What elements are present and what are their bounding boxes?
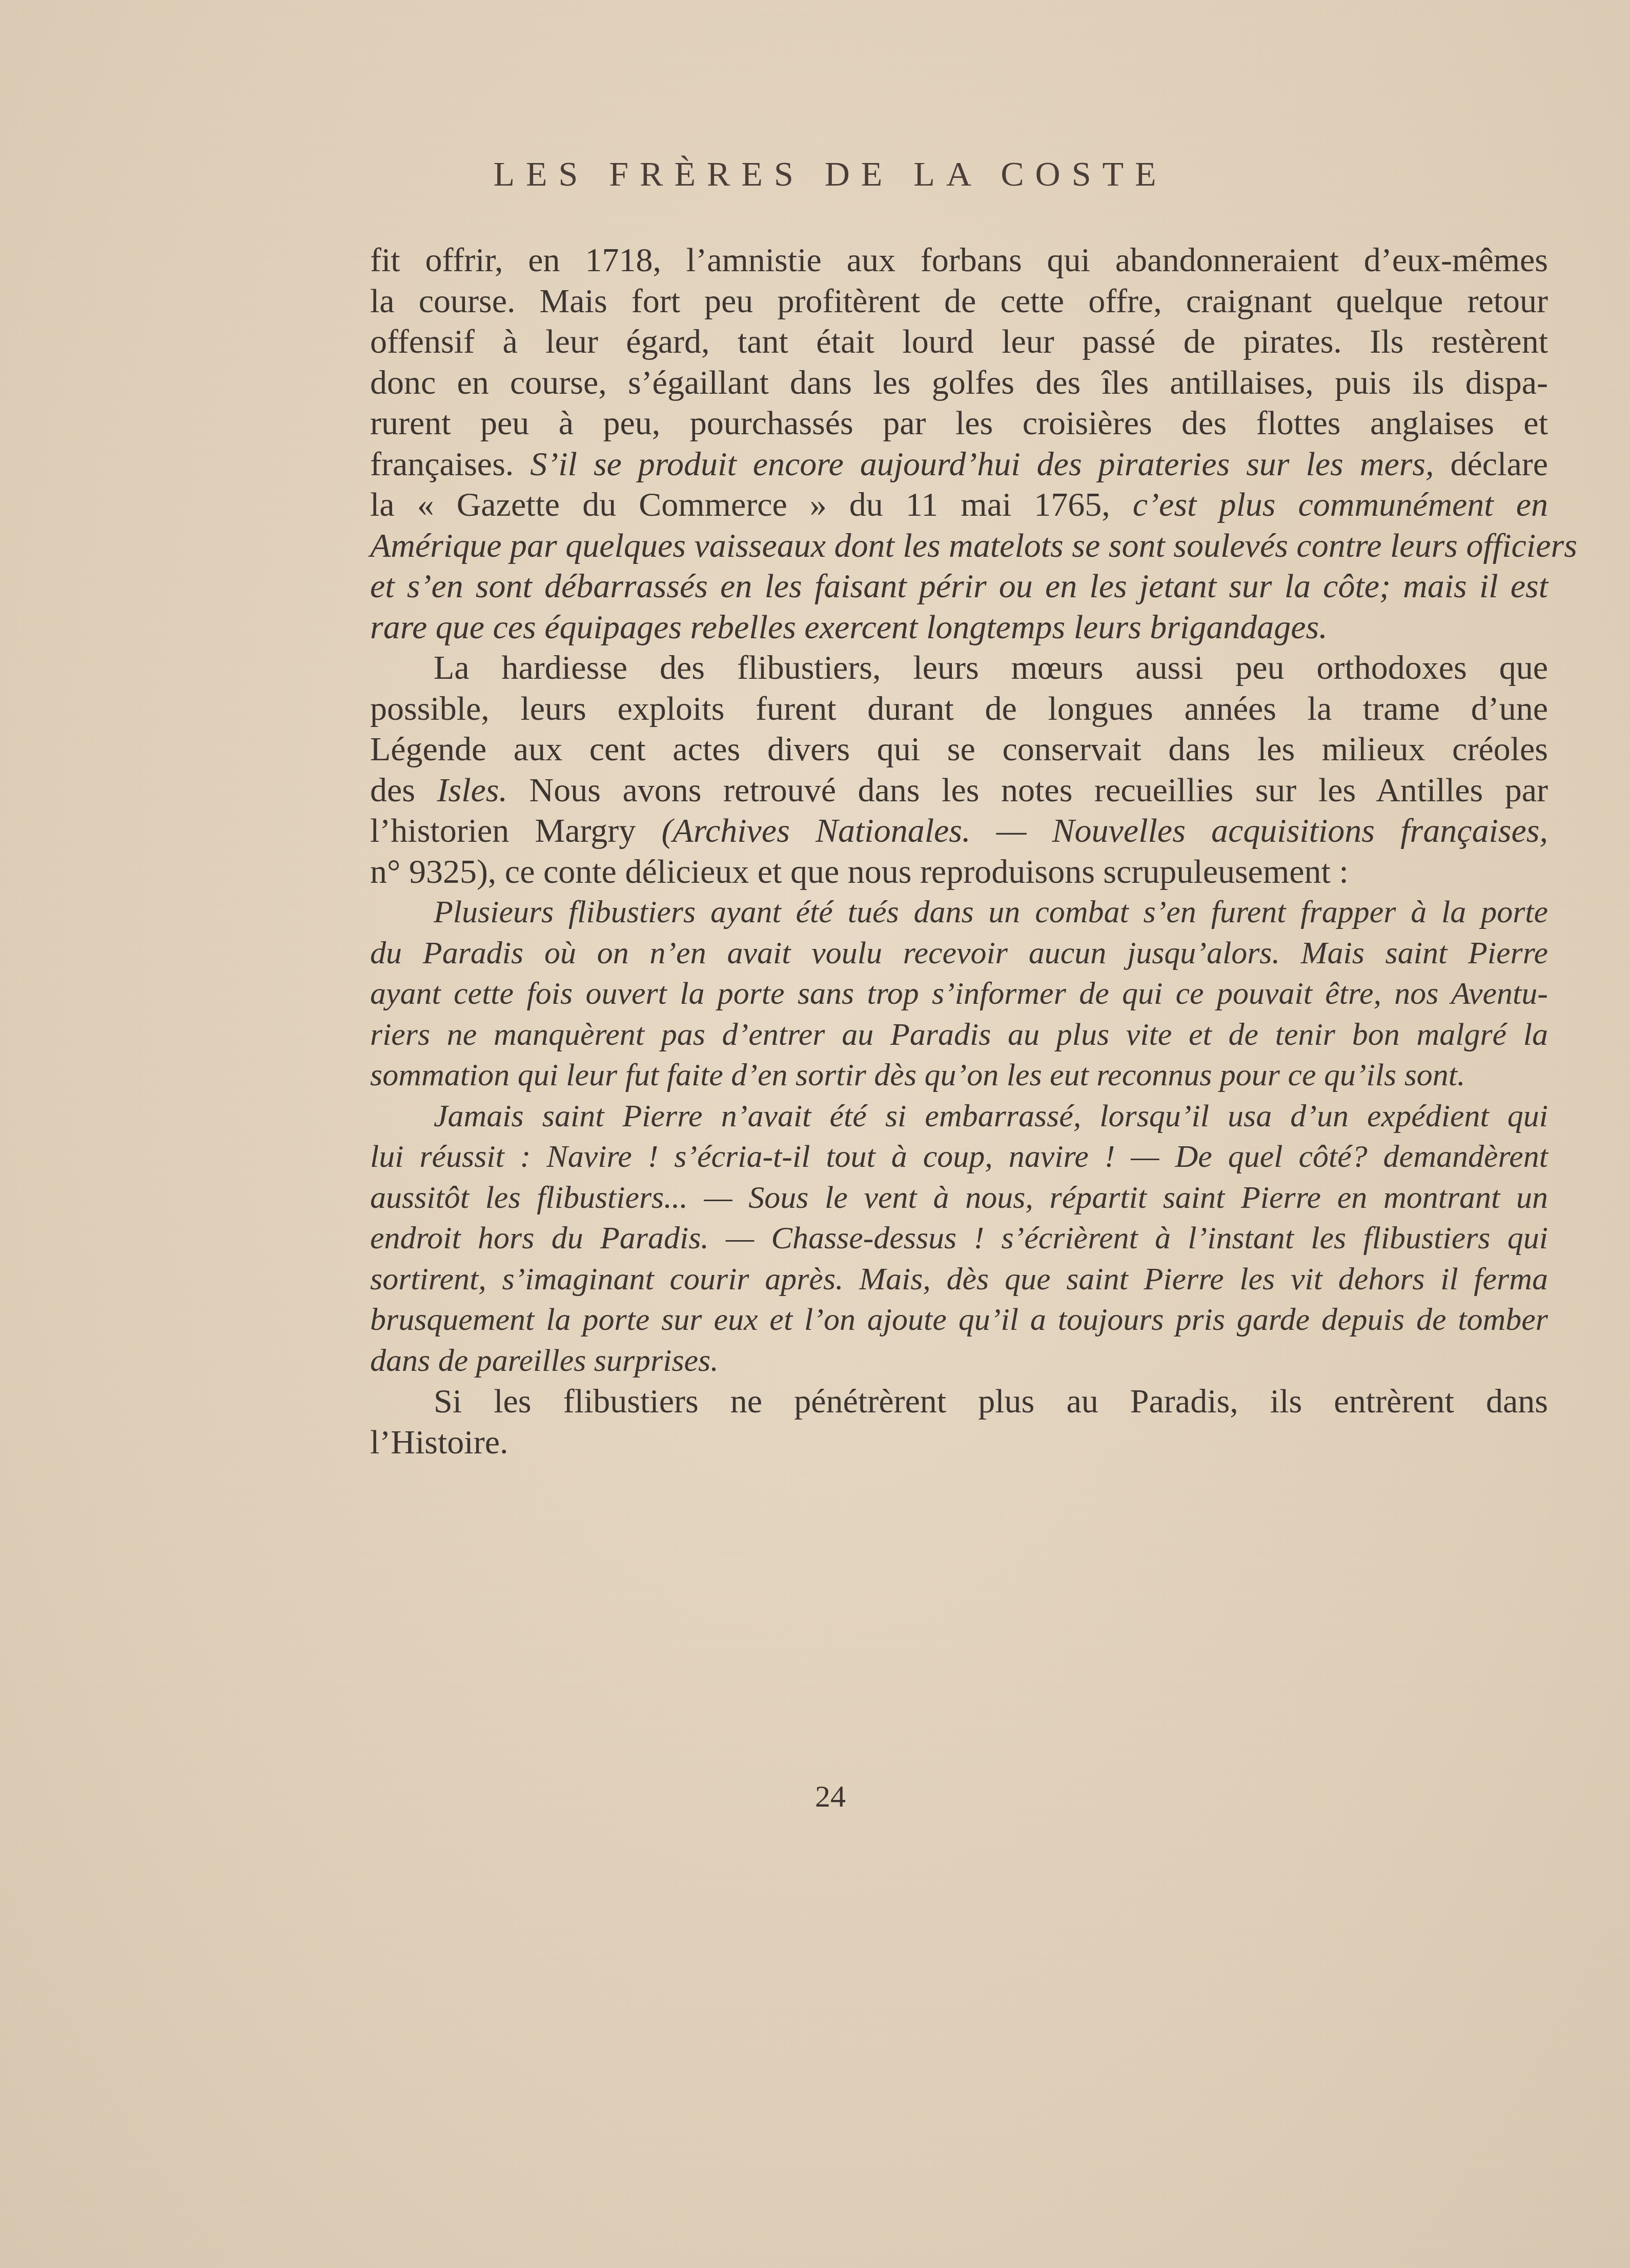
text-line: du Paradis où on n’en avait voulu recevo… [370,933,1548,974]
text-line: Légende aux cent actes divers qui se con… [370,729,1548,770]
text-line: riers ne manquèrent pas d’entrer au Para… [370,1015,1548,1056]
roman-text: Jamais saint Pierre n’avait été si embar… [434,1099,1548,1133]
roman-text: l’historien Margry [370,812,661,849]
quoted-tale-paragraph: Jamais saint Pierre n’avait été si embar… [370,1096,1548,1382]
page-number: 24 [0,1779,1630,1814]
roman-text: dans de pareilles surprises. [370,1343,719,1378]
roman-text: la « Gazette du Commerce » du 11 mai 176… [370,486,1133,523]
roman-text: brusquement la porte sur eux et l’on ajo… [370,1302,1548,1337]
italic-text: S’il se produit encore aujourd’hui des p… [530,445,1434,483]
body-paragraph: La hardiesse des flibustiers, leurs mœur… [370,647,1548,892]
text-line: françaises. S’il se produit encore aujou… [370,444,1548,485]
text-line: offensif à leur égard, tant était lourd … [370,321,1548,362]
italic-text: (Archives Nationales. — Nouvelles acquis… [661,812,1548,849]
roman-text: sommation qui leur fut faite d’en sortir… [370,1058,1465,1092]
text-line: l’historien Margry (Archives Nationales.… [370,811,1548,852]
roman-text: françaises. [370,445,530,483]
text-line: La hardiesse des flibustiers, leurs mœur… [370,647,1548,688]
text-line: Plusieurs flibustiers ayant été tués dan… [370,892,1548,933]
text-line: dans de pareilles surprises. [370,1341,1548,1382]
text-line: rare que ces équipages rebelles exercent… [370,607,1548,648]
italic-text: et s’en sont débarrassés en les faisant … [370,568,1548,605]
roman-text: offensif à leur égard, tant était lourd … [370,323,1548,360]
roman-text: fit offrir, en 1718, l’amnistie aux forb… [370,241,1548,279]
roman-text: l’Histoire. [370,1424,508,1461]
italic-text: Amérique par quelques vaisseaux dont les… [370,527,1577,564]
roman-text: La hardiesse des flibustiers, leurs mœur… [434,649,1548,686]
body-paragraph: fit offrir, en 1718, l’amnistie aux forb… [370,240,1548,647]
text-line: Si les flibustiers ne pénétrèrent plus a… [370,1381,1548,1422]
text-line: Amérique par quelques vaisseaux dont les… [370,525,1548,566]
body-paragraph: Si les flibustiers ne pénétrèrent plus a… [370,1381,1548,1463]
roman-text: aussitôt les flibustiers... — Sous le ve… [370,1180,1548,1215]
text-line: des Isles. Nous avons retrouvé dans les … [370,770,1548,811]
roman-text: possible, leurs exploits furent durant d… [370,690,1548,727]
roman-text: Nous avons retrouvé dans les notes recue… [507,772,1548,809]
text-line: donc en course, s’égaillant dans les gol… [370,362,1548,403]
roman-text: rurent peu à peu, pourchassés par les cr… [370,404,1548,442]
text-line: fit offrir, en 1718, l’amnistie aux forb… [370,240,1548,281]
text-line: ayant cette fois ouvert la porte sans tr… [370,974,1548,1015]
roman-text: ayant cette fois ouvert la porte sans tr… [370,976,1548,1011]
italic-text: Isles. [437,772,507,809]
roman-text: lui réussit : Navire ! s’écria-t-il tout… [370,1139,1548,1174]
roman-text: n° 9325), ce conte délicieux et que nous… [370,853,1349,890]
roman-text: Légende aux cent actes divers qui se con… [370,731,1548,768]
roman-text: riers ne manquèrent pas d’entrer au Para… [370,1017,1548,1052]
text-line: brusquement la porte sur eux et l’on ajo… [370,1300,1548,1341]
text-line: rurent peu à peu, pourchassés par les cr… [370,403,1548,444]
quoted-tale-paragraph: Plusieurs flibustiers ayant été tués dan… [370,892,1548,1096]
text-line: la course. Mais fort peu profitèrent de … [370,281,1548,322]
text-line: la « Gazette du Commerce » du 11 mai 176… [370,484,1548,525]
roman-text: Si les flibustiers ne pénétrèrent plus a… [434,1383,1548,1420]
text-line: Jamais saint Pierre n’avait été si embar… [370,1096,1548,1137]
roman-text: sortirent, s’imaginant courir après. Mai… [370,1262,1548,1297]
roman-text: déclare [1434,445,1548,483]
text-line: possible, leurs exploits furent durant d… [370,688,1548,730]
text-line: l’Histoire. [370,1422,1548,1463]
roman-text: donc en course, s’égaillant dans les gol… [370,364,1548,401]
italic-text: rare que ces équipages rebelles exercent… [370,609,1328,646]
text-line: lui réussit : Navire ! s’écria-t-il tout… [370,1137,1548,1178]
text-line: sortirent, s’imaginant courir après. Mai… [370,1259,1548,1300]
italic-text: c’est plus communément en [1133,486,1548,523]
roman-text: endroit hors du Paradis. — Chasse-dessus… [370,1221,1548,1255]
text-line: aussitôt les flibustiers... — Sous le ve… [370,1178,1548,1219]
roman-text: du Paradis où on n’en avait voulu recevo… [370,936,1548,970]
text-line: sommation qui leur fut faite d’en sortir… [370,1055,1548,1096]
running-head: LES FRÈRES DE LA COSTE [0,154,1630,194]
text-line: endroit hors du Paradis. — Chasse-dessus… [370,1218,1548,1259]
text-line: n° 9325), ce conte délicieux et que nous… [370,852,1548,893]
roman-text: la course. Mais fort peu profitèrent de … [370,282,1548,320]
text-line: et s’en sont débarrassés en les faisant … [370,566,1548,607]
roman-text: Plusieurs flibustiers ayant été tués dan… [434,895,1548,929]
text-block: fit offrir, en 1718, l’amnistie aux forb… [370,240,1548,1463]
roman-text: des [370,772,437,809]
